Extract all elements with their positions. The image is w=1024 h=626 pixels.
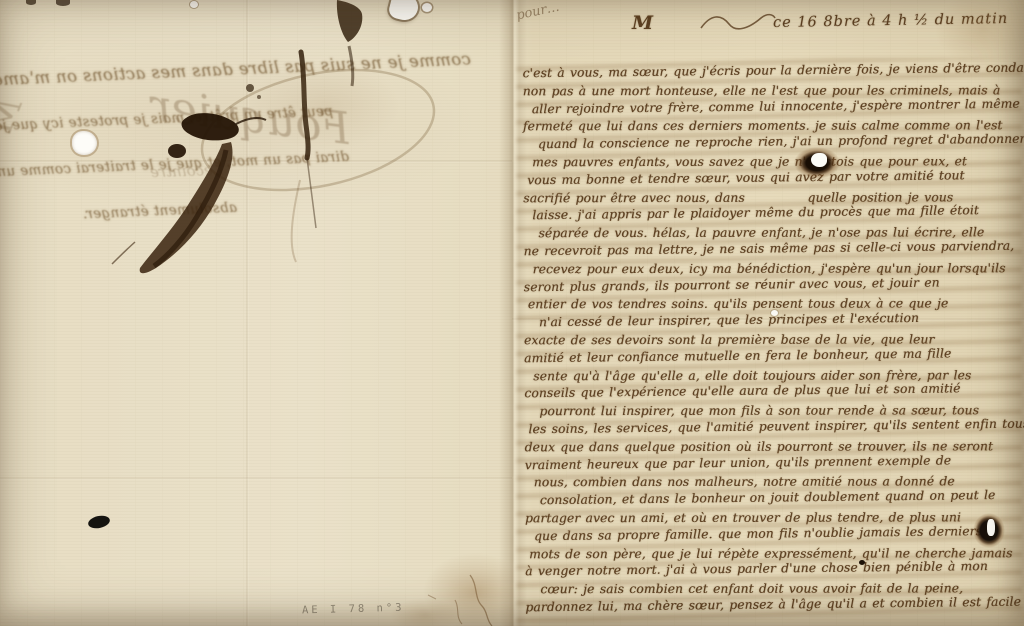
letter-left-page: comme je ne suis pas libre dans mes acti…: [0, 0, 512, 626]
handwritten-line: à venger notre mort. j'ai à vous parler …: [525, 558, 1021, 581]
punch-hole: [72, 131, 97, 155]
letter-right-page: pour… M ce 16 8bre à 4 h ½ du matin c'es…: [512, 0, 1024, 626]
handwritten-line: quand la conscience ne reproche rien, j'…: [538, 131, 1019, 154]
torn-patch: [422, 3, 432, 12]
burn-hole-core: [987, 519, 995, 536]
flourish-icon: [697, 10, 777, 36]
torn-patch: [387, 0, 420, 23]
archive-reference-pencil-note: AE I 78 n°3: [302, 602, 405, 617]
manuscript-letter-scan: comme je ne suis pas libre dans mes acti…: [0, 0, 1024, 626]
handwritten-line: conseils que l'expérience qu'elle aura d…: [524, 380, 1020, 403]
secondary-signature-bleedthrough: Lecointre: [150, 161, 223, 182]
paper-hole-speck: [771, 310, 778, 316]
edge-nick: [26, 0, 36, 5]
date-text: ce 16 8bre à 4 h ½ du matin: [773, 11, 1008, 31]
handwritten-line: n'ai cessé de leur inspirer, que les pri…: [539, 309, 1020, 332]
handwritten-line: c'est à vous, ma sœur, que j'écris pour …: [523, 60, 1019, 83]
ink-speck: [859, 560, 865, 565]
edge-nick: [56, 0, 70, 6]
torn-patch: [190, 1, 198, 8]
handwritten-line: laisse. j'ai appris par le plaidoyer mêm…: [532, 202, 1019, 225]
horizontal-fold-crease: [0, 477, 512, 480]
dateline: M ce 16 8bre à 4 h ½ du matin: [512, 10, 1018, 38]
monogram: M: [632, 12, 653, 34]
handwritten-letter-body: c'est à vous, ma sœur, que j'écris pour …: [523, 63, 1022, 617]
burn-hole-core: [811, 153, 827, 167]
